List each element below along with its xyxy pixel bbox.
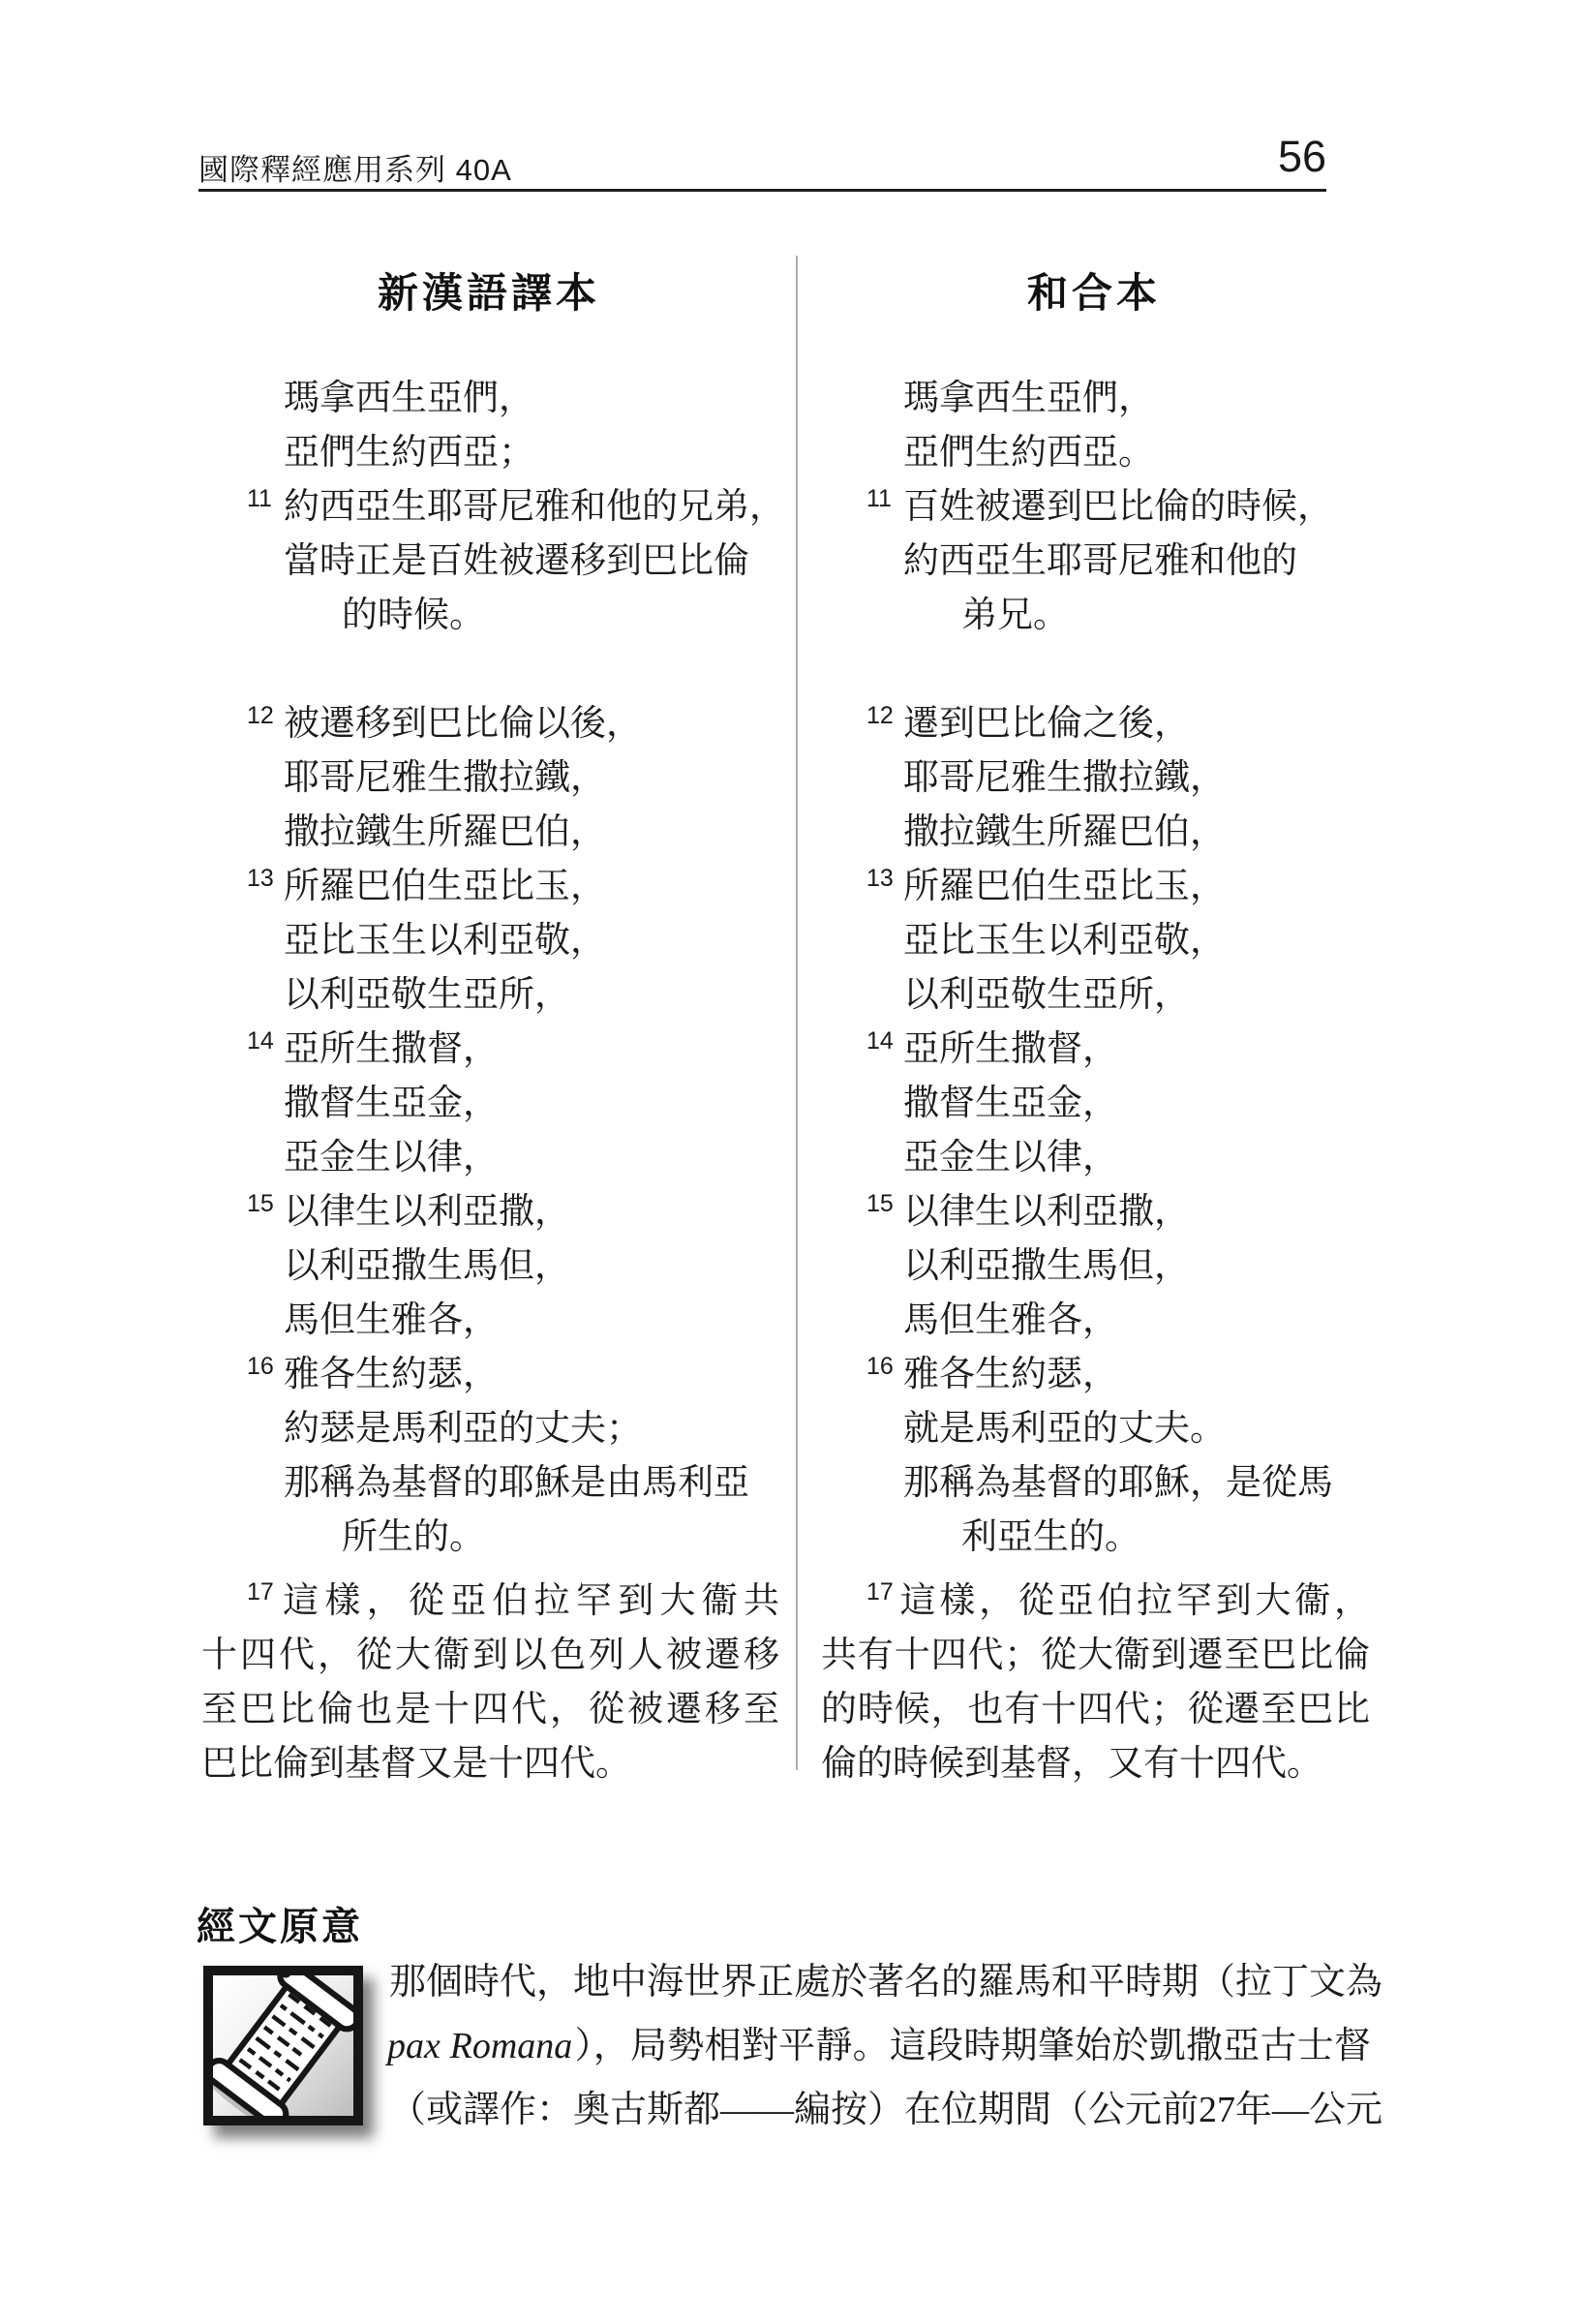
prose-line-text: 巴比倫到基督又是十四代。 [201,1744,631,1784]
scroll-icon [203,1966,363,2125]
poem-line: 利亞生的。 [818,1511,1370,1565]
poem-line-text: 亞金生以律， [284,1138,499,1177]
left-stanza-2: 12被遷移到巴比倫以後，耶哥尼雅生撒拉鐵，撒拉鐵生所羅巴伯，13所羅巴伯生亞比玉… [198,697,779,1565]
prose-line: 巴比倫到基督又是十四代。 [198,1728,779,1782]
poem-line-text: 約瑟是馬利亞的丈夫； [284,1409,642,1449]
poem-line: 撒拉鐵生所羅巴伯， [818,806,1370,860]
poem-line: 亞金生以律， [818,1131,1370,1185]
section-heading: 經文原意 [197,1896,363,1951]
book-page: { "header": { "series": "國際釋經應用系列 40A", … [0,0,1580,2324]
poem-line: 16雅各生約瑟， [818,1348,1370,1402]
poem-line-text: 瑪拿西生亞們， [903,379,1154,418]
poem-line: 亞們生約西亞。 [818,426,1370,480]
prose-line: 至巴比倫也是十四代，從被遷移至 [198,1673,779,1728]
poem-line-text: 亞們生約西亞。 [903,433,1154,473]
verse-number: 13 [866,867,894,891]
poem-line-text: 就是馬利亞的丈夫。 [903,1409,1226,1449]
poem-line-text: 所羅巴伯生亞比玉， [903,867,1226,906]
poem-line-text: 雅各生約瑟， [284,1355,499,1394]
poem-line: 以利亞敬生亞所， [198,968,779,1023]
poem-line-text: 瑪拿西生亞們， [284,379,534,418]
section-paragraph: 那個時代，地中海世界正處於著名的羅馬和平時期（拉丁文為pax Romana），局… [387,1950,1371,2142]
poem-line: 12被遷移到巴比倫以後， [198,697,779,751]
poem-line: 亞金生以律， [198,1131,779,1185]
verse-number: 13 [247,867,274,891]
poem-line: 14亞所生撒督， [198,1023,779,1077]
poem-line: 馬但生雅各， [198,1294,779,1348]
poem-line-text: 約西亞生耶哥尼雅和他的 [903,541,1297,581]
poem-line-text: 所羅巴伯生亞比玉， [284,867,606,906]
poem-line: 撒督生亞金， [818,1077,1370,1131]
right-stanza-1: 瑪拿西生亞們，亞們生約西亞。11百姓被遷到巴比倫的時候，約西亞生耶哥尼雅和他的弟… [818,372,1370,643]
poem-line-text: 撒督生亞金， [284,1084,499,1123]
poem-line-text: 耶哥尼雅生撒拉鐵， [284,758,606,798]
poem-line-text: 以利亞撒生馬但， [284,1246,570,1286]
prose-line: 17這樣，從亞伯拉罕到大衞共 [198,1565,779,1619]
poem-line-text: 弟兄。 [961,596,1069,635]
prose-line-text: 的時候，也有十四代；從遷至巴比 [821,1690,1370,1729]
poem-line: 以利亞撒生馬但， [818,1239,1370,1294]
verse-number: 14 [247,1029,274,1054]
poem-line: 馬但生雅各， [818,1294,1370,1348]
prose-line: 倫的時候到基督，又有十四代。 [818,1728,1370,1782]
poem-line-text: 以利亞敬生亞所， [284,975,570,1015]
poem-line-text: 以利亞敬生亞所， [903,975,1190,1015]
prose-line-text: 這樣，從亞伯拉罕到大衞共 [277,1581,779,1621]
right-column: 瑪拿西生亞們，亞們生約西亞。11百姓被遷到巴比倫的時候，約西亞生耶哥尼雅和他的弟… [818,372,1370,1782]
prose-line-text: 倫的時候到基督，又有十四代。 [821,1744,1322,1784]
poem-line-text: 以律生以利亞撒， [284,1192,570,1232]
poem-line: 當時正是百姓被遷移到巴比倫 [198,535,779,589]
poem-line: 那稱為基督的耶穌是由馬利亞 [198,1456,779,1511]
poem-line: 亞比玉生以利亞敬， [198,914,779,968]
poem-line-text: 約西亞生耶哥尼雅和他的兄弟， [284,487,785,527]
left-column: 瑪拿西生亞們，亞們生約西亞；11約西亞生耶哥尼雅和他的兄弟，當時正是百姓被遷移到… [198,372,779,1782]
poem-line: 弟兄。 [818,589,1370,643]
poem-line: 15以律生以利亞撒， [818,1185,1370,1239]
verse-number: 16 [866,1355,894,1379]
poem-line-text: 百姓被遷到巴比倫的時候， [903,487,1333,527]
poem-line: 以利亞敬生亞所， [818,968,1370,1023]
right-verse17-paragraph: 17這樣，從亞伯拉罕到大衞，共有十四代；從大衞到遷至巴比倫的時候，也有十四代；從… [818,1565,1370,1782]
header-rule [198,189,1326,192]
paragraph-line: （或譯作：奧古斯都——編按）在位期間（公元前27年—公元 [387,2078,1371,2142]
verse-number: 12 [866,704,894,728]
poem-line-text: 所生的。 [342,1517,485,1557]
poem-line: 的時候。 [198,589,779,643]
page-number: 56 [1278,132,1326,182]
verse-number-inline: 17 [866,1578,894,1605]
right-stanza-2: 12遷到巴比倫之後，耶哥尼雅生撒拉鐵，撒拉鐵生所羅巴伯，13所羅巴伯生亞比玉，亞… [818,697,1370,1565]
poem-line-text: 的時候。 [342,596,485,635]
poem-line-text: 撒拉鐵生所羅巴伯， [903,812,1226,852]
poem-line: 約西亞生耶哥尼雅和他的 [818,535,1370,589]
poem-line-text: 撒拉鐵生所羅巴伯， [284,812,606,852]
poem-line: 12遷到巴比倫之後， [818,697,1370,751]
poem-line-text: 遷到巴比倫之後， [903,704,1190,744]
verse-number: 14 [866,1029,894,1054]
poem-line-text: 亞比玉生以利亞敬， [284,921,606,961]
poem-line: 13所羅巴伯生亞比玉， [198,860,779,914]
column-title-right: 和合本 [818,261,1370,320]
poem-line: 撒拉鐵生所羅巴伯， [198,806,779,860]
poem-line-text: 以律生以利亞撒， [903,1192,1190,1232]
prose-line: 十四代，從大衞到以色列人被遷移 [198,1619,779,1673]
poem-line-text: 雅各生約瑟， [903,1355,1118,1394]
poem-line: 亞們生約西亞； [198,426,779,480]
poem-line-text: 耶哥尼雅生撒拉鐵， [903,758,1226,798]
verse-number: 15 [866,1192,894,1216]
paragraph-line: pax Romana），局勢相對平靜。這段時期肇始於凱撒亞古士督 [387,2014,1371,2078]
left-verse17-paragraph: 17這樣，從亞伯拉罕到大衞共十四代，從大衞到以色列人被遷移至巴比倫也是十四代，從… [198,1565,779,1782]
poem-line: 瑪拿西生亞們， [198,372,779,426]
prose-line-text: 共有十四代；從大衞到遷至巴比倫 [821,1636,1370,1675]
verse-number: 11 [866,487,892,511]
poem-line: 14亞所生撒督， [818,1023,1370,1077]
paragraph-line-text: （或譯作：奧古斯都——編按）在位期間（公元前27年—公元 [389,2090,1382,2130]
poem-line: 11約西亞生耶哥尼雅和他的兄弟， [198,480,779,535]
scroll-icon-drawing [213,1975,353,2116]
poem-line: 所生的。 [198,1511,779,1565]
poem-line: 13所羅巴伯生亞比玉， [818,860,1370,914]
poem-line: 撒督生亞金， [198,1077,779,1131]
poem-line-text: 那稱為基督的耶穌，是從馬 [903,1463,1333,1503]
poem-line-text: 以利亞撒生馬但， [903,1246,1190,1286]
poem-line: 就是馬利亞的丈夫。 [818,1402,1370,1456]
verse-number: 11 [247,487,272,511]
latin-phrase: pax Romana [387,2026,572,2066]
poem-line-text: 亞們生約西亞； [284,433,534,473]
left-stanza-1: 瑪拿西生亞們，亞們生約西亞；11約西亞生耶哥尼雅和他的兄弟，當時正是百姓被遷移到… [198,372,779,643]
column-title-left: 新漢語譯本 [198,261,779,320]
poem-line: 亞比玉生以利亞敬， [818,914,1370,968]
poem-line-text: 亞所生撒督， [903,1029,1118,1069]
series-title: 國際釋經應用系列 40A [198,145,512,189]
poem-line-text: 馬但生雅各， [284,1300,499,1340]
verse-number: 12 [247,704,274,728]
poem-line-text: 馬但生雅各， [903,1300,1118,1340]
paragraph-line-text: ），局勢相對平靜。這段時期肇始於凱撒亞古士督 [574,2026,1371,2066]
poem-line-text: 亞比玉生以利亞敬， [903,921,1226,961]
poem-line-text: 當時正是百姓被遷移到巴比倫 [284,541,749,581]
poem-line-text: 亞金生以律， [903,1138,1118,1177]
poem-line: 約瑟是馬利亞的丈夫； [198,1402,779,1456]
poem-line-text: 撒督生亞金， [903,1084,1118,1123]
poem-line: 耶哥尼雅生撒拉鐵， [198,751,779,806]
poem-line: 那稱為基督的耶穌，是從馬 [818,1456,1370,1511]
prose-line: 共有十四代；從大衞到遷至巴比倫 [818,1619,1370,1673]
column-divider [796,256,798,1770]
prose-line-text: 十四代，從大衞到以色列人被遷移 [201,1636,779,1675]
prose-line-text: 至巴比倫也是十四代，從被遷移至 [201,1690,779,1729]
poem-line: 16雅各生約瑟， [198,1348,779,1402]
verse-number-inline: 17 [247,1578,274,1605]
poem-line: 15以律生以利亞撒， [198,1185,779,1239]
poem-line-text: 利亞生的。 [961,1517,1140,1557]
poem-line: 耶哥尼雅生撒拉鐵， [818,751,1370,806]
verse-number: 15 [247,1192,274,1216]
prose-line: 17這樣，從亞伯拉罕到大衞， [818,1565,1370,1619]
poem-line-text: 亞所生撒督， [284,1029,499,1069]
prose-line: 的時候，也有十四代；從遷至巴比 [818,1673,1370,1728]
poem-line-text: 那稱為基督的耶穌是由馬利亞 [284,1463,749,1503]
paragraph-line-text: 那個時代，地中海世界正處於著名的羅馬和平時期（拉丁文為 [389,1962,1382,2003]
verse-number: 16 [247,1355,274,1379]
poem-line-text: 被遷移到巴比倫以後， [284,704,642,744]
poem-line: 以利亞撒生馬但， [198,1239,779,1294]
prose-line-text: 這樣，從亞伯拉罕到大衞， [896,1581,1370,1621]
poem-line: 瑪拿西生亞們， [818,372,1370,426]
poem-line: 11百姓被遷到巴比倫的時候， [818,480,1370,535]
paragraph-line: 那個時代，地中海世界正處於著名的羅馬和平時期（拉丁文為 [387,1950,1371,2014]
